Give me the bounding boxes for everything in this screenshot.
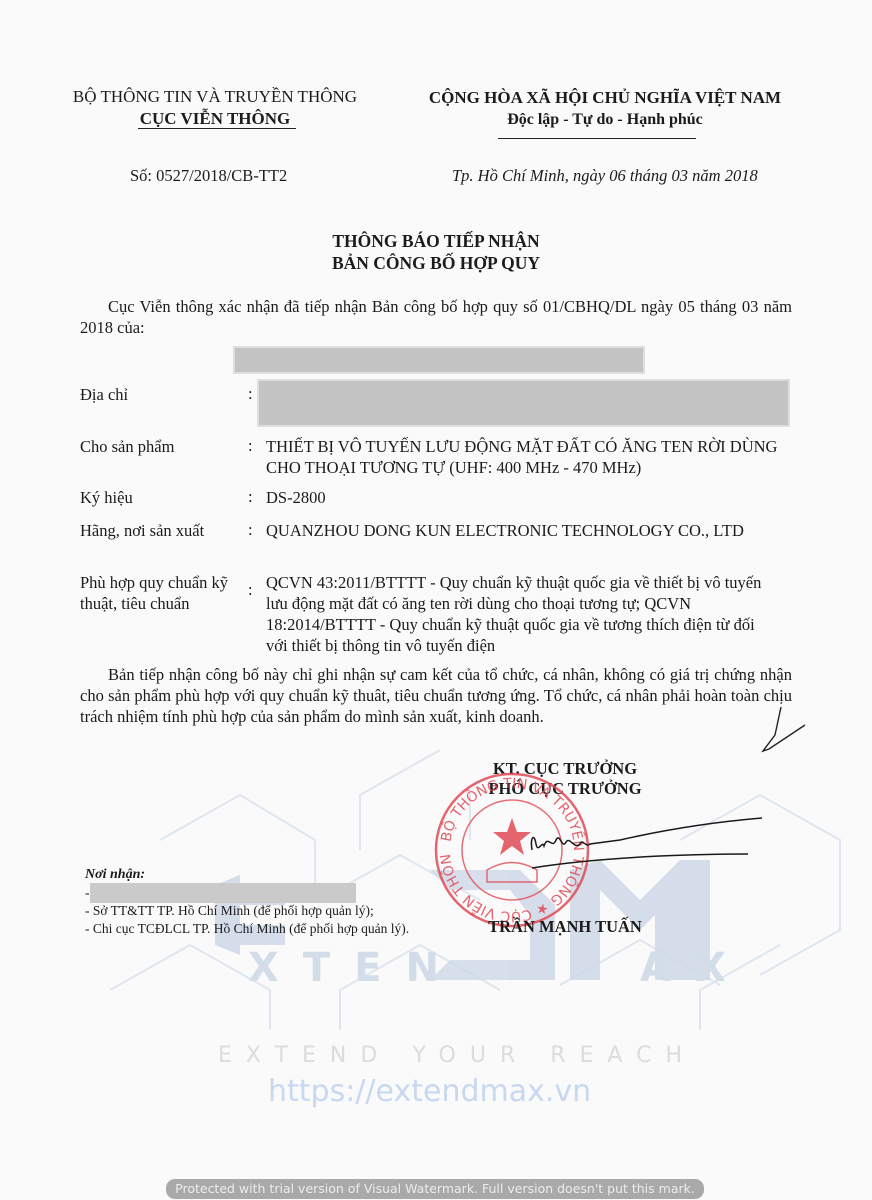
national-motto: Độc lập - Tự do - Hạnh phúc [405,109,805,131]
field-value-standards: QCVN 43:2011/BTTTT - Quy chuẩn kỹ thuật … [266,572,778,656]
redacted-address [257,379,790,427]
field-label-address: Địa chỉ [80,384,128,405]
agency-name: CỤC VIỄN THÔNG [50,108,380,130]
document-title: THÔNG BÁO TIẾP NHẬN BẢN CÔNG BỐ HỢP QUY [0,230,872,274]
title-line-1: THÔNG BÁO TIẾP NHẬN [0,230,872,252]
field-separator: : [248,384,253,404]
motto-underline [498,138,696,139]
field-label-standards: Phù hợp quy chuẩn kỹ thuật, tiêu chuẩn [80,572,240,614]
document-page: XTEN AX BỘ THÔNG TIN VÀ TRUYỀN THÔNG CỤC… [0,0,872,1200]
agency-underline [138,128,296,129]
field-value-manufacturer: QUANZHOU DONG KUN ELECTRONIC TECHNOLOGY … [266,520,796,541]
document-number: Số: 0527/2018/CB-TT2 [130,166,287,186]
field-separator: : [248,487,253,507]
redacted-recipient [90,883,356,903]
header-left: BỘ THÔNG TIN VÀ TRUYỀN THÔNG CỤC VIỄN TH… [50,86,380,130]
recipient-item: - Chi cục TCĐLCL TP. Hồ Chí Minh (để phố… [85,920,409,937]
watermark-tagline: EXTEND YOUR REACH [218,1043,696,1068]
field-value-product: THIẾT BỊ VÔ TUYẾN LƯU ĐỘNG MẶT ĐẤT CÓ ĂN… [266,436,786,478]
field-label-model: Ký hiệu [80,487,133,508]
signer-name: TRẦN MẠNH TUẤN [440,916,690,937]
watermark-url: https://extendmax.vn [268,1074,591,1109]
handwritten-signature [510,810,770,880]
recipients-heading: Nơi nhận: [85,866,145,883]
recipient-item: - Sở TT&TT TP. Hồ Chí Minh (để phối hợp … [85,902,374,919]
ministry-name: BỘ THÔNG TIN VÀ TRUYỀN THÔNG [50,86,380,108]
header-right: CỘNG HÒA XÃ HỘI CHỦ NGHĨA VIỆT NAM Độc l… [405,87,805,131]
initials-mark [755,705,815,755]
field-separator: : [248,520,253,540]
disclaimer-paragraph: Bản tiếp nhận công bố này chỉ ghi nhận s… [80,664,792,727]
field-separator: : [248,580,253,600]
redacted-company-name [233,346,645,374]
field-label-product: Cho sản phẩm [80,436,174,457]
watermark-brand-right: AX [640,945,750,991]
field-label-manufacturer: Hãng, nơi sản xuất [80,520,204,541]
recipient-item: - [85,884,90,901]
place-date: Tp. Hồ Chí Minh, ngày 06 tháng 03 năm 20… [452,166,758,186]
country-name: CỘNG HÒA XÃ HỘI CHỦ NGHĨA VIỆT NAM [405,87,805,109]
field-value-model: DS-2800 [266,487,796,508]
trial-watermark-notice: Protected with trial version of Visual W… [166,1179,704,1199]
intro-paragraph: Cục Viễn thông xác nhận đã tiếp nhận Bản… [80,296,792,338]
watermark-brand-left: XTEN [248,945,463,991]
title-line-2: BẢN CÔNG BỐ HỢP QUY [0,252,872,274]
field-separator: : [248,436,253,456]
